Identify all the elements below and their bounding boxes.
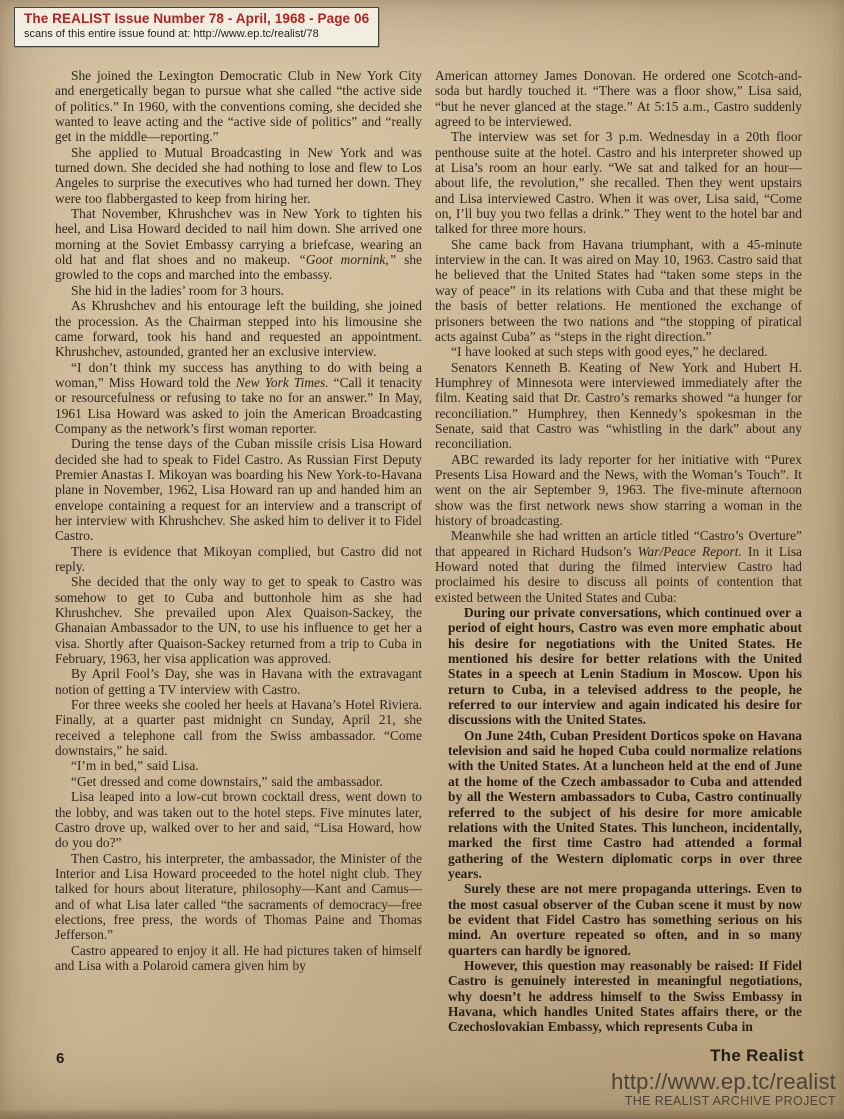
archive-url: http://www.ep.tc/realist — [611, 1070, 836, 1094]
paragraph: ABC rewarded its lady reporter for her i… — [435, 452, 802, 529]
archive-project-label: THE REALIST ARCHIVE PROJECT — [611, 1095, 836, 1109]
paragraph: During the tense days of the Cuban missi… — [55, 436, 422, 543]
paragraph: She applied to Mutual Broadcasting in Ne… — [55, 145, 422, 206]
paragraph: Castro appeared to enjoy it all. He had … — [55, 943, 422, 974]
paragraph: She hid in the ladies’ room for 3 hours. — [55, 283, 422, 298]
paragraph: She came back from Havana triumphant, wi… — [435, 237, 802, 344]
paragraph: However, this question may reasonably be… — [435, 958, 802, 1035]
paragraph: “I don’t think my success has anything t… — [55, 360, 422, 437]
scan-header-box: The REALIST Issue Number 78 - April, 196… — [14, 7, 379, 47]
article-body: She joined the Lexington Democratic Club… — [55, 68, 802, 1058]
paragraph: Surely these are not mere propaganda utt… — [435, 881, 802, 958]
paragraph: The interview was set for 3 p.m. Wednesd… — [435, 129, 802, 236]
paragraph: Lisa leaped into a low-cut brown cocktai… — [55, 789, 422, 850]
paragraph: That November, Khrushchev was in New Yor… — [55, 206, 422, 283]
paragraph: She decided that the only way to get to … — [55, 574, 422, 666]
paragraph: There is evidence that Mikoyan complied,… — [55, 544, 422, 575]
page-bottom-edge — [0, 1110, 844, 1119]
column-right: American attorney James Donovan. He orde… — [435, 68, 802, 1058]
paragraph: Senators Kenneth B. Keating of New York … — [435, 360, 802, 452]
issue-title: The REALIST Issue Number 78 - April, 196… — [24, 11, 369, 28]
page-number: 6 — [56, 1050, 64, 1067]
column-left: She joined the Lexington Democratic Club… — [55, 68, 422, 1058]
paragraph: During our private conversations, which … — [435, 605, 802, 728]
paragraph: “I have looked at such steps with good e… — [435, 344, 802, 359]
paragraph: “Get dressed and come downstairs,” said … — [55, 774, 422, 789]
paragraph: Then Castro, his interpreter, the ambass… — [55, 851, 422, 943]
paragraph: “I’m in bed,” said Lisa. — [55, 758, 422, 773]
paragraph: For three weeks she cooled her heels at … — [55, 697, 422, 758]
paragraph: On June 24th, Cuban President Dorticos s… — [435, 728, 802, 881]
paragraph: By April Fool’s Day, she was in Havana w… — [55, 666, 422, 697]
paragraph: As Khrushchev and his entourage left the… — [55, 298, 422, 359]
paragraph: American attorney James Donovan. He orde… — [435, 68, 802, 129]
scan-source-note: scans of this entire issue found at: htt… — [24, 28, 369, 42]
scanned-magazine-page: The REALIST Issue Number 78 - April, 196… — [0, 0, 844, 1119]
magazine-name: The Realist — [710, 1046, 804, 1066]
paragraph: Meanwhile she had written an article tit… — [435, 528, 802, 605]
archive-footer: http://www.ep.tc/realist THE REALIST ARC… — [611, 1070, 836, 1109]
paragraph: She joined the Lexington Democratic Club… — [55, 68, 422, 145]
